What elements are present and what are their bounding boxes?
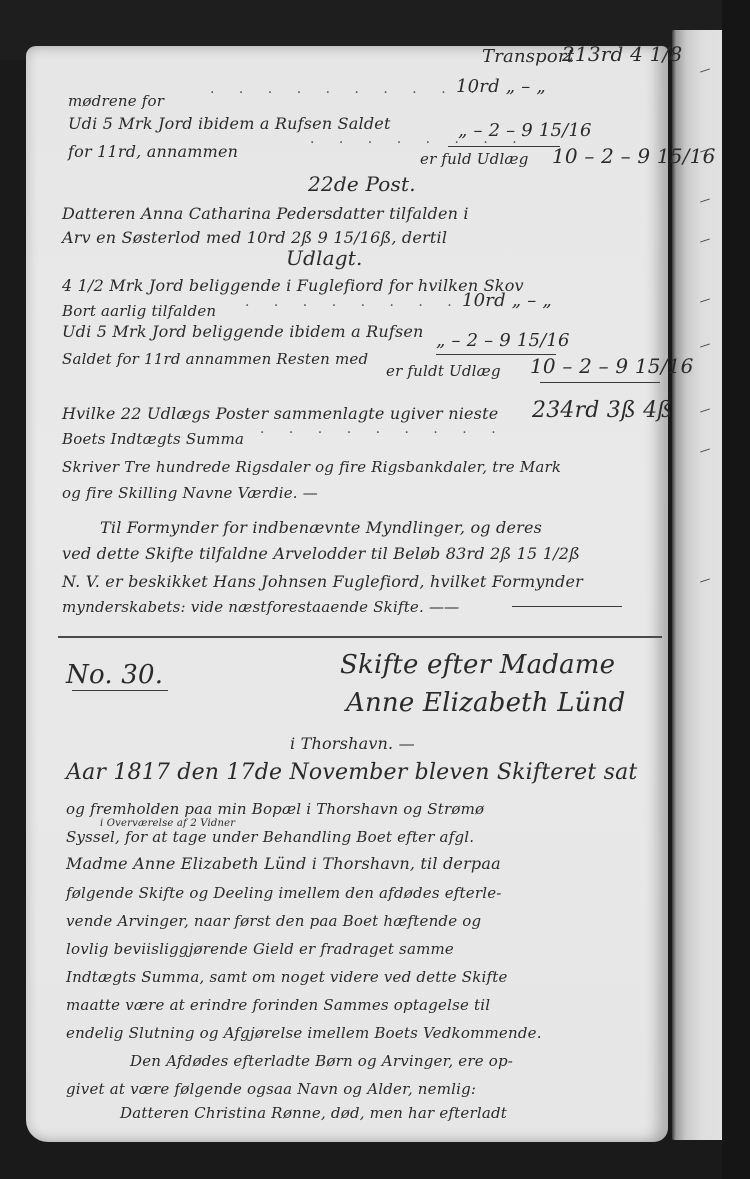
text-line: Syssel, for at tage under Behandling Boe… bbox=[66, 828, 474, 846]
text-line: Datteren Anna Catharina Pedersdatter til… bbox=[62, 204, 469, 223]
text-line: N. V. er beskikket Hans Johnsen Fuglefio… bbox=[62, 572, 583, 591]
text-line: Aar 1817 den 17de November bleven Skifte… bbox=[66, 760, 637, 785]
total-amount: 234rd 3ß 4ß bbox=[532, 398, 672, 423]
text-line: Til Formynder for indbenævnte Myndlinger… bbox=[100, 518, 542, 537]
text-line: Datteren Christina Rønne, død, men har e… bbox=[120, 1104, 507, 1122]
text-line: Den Afdødes efterladte Børn og Arvinger,… bbox=[130, 1052, 513, 1070]
text-line: Saldet for 11rd annammen Resten med bbox=[62, 350, 368, 368]
transport-amount: 213rd 4 1/8 bbox=[562, 42, 682, 66]
text-line: og fire Skilling Navne Værdie. — bbox=[62, 484, 318, 502]
text-line: givet at være følgende ogsaa Navn og Ald… bbox=[66, 1080, 476, 1098]
subtotal-label: er fuld Udlæg bbox=[420, 150, 529, 168]
text-line: mødrene for bbox=[68, 92, 164, 110]
text-line: Indtægts Summa, samt om noget videre ved… bbox=[66, 968, 508, 986]
subheading-udlagt: Udlagt. bbox=[286, 246, 363, 270]
amount: „ – 2 – 9 15/16 bbox=[436, 330, 570, 351]
next-page-edge bbox=[672, 30, 726, 1140]
end-rule bbox=[512, 606, 622, 607]
text-line: Hvilke 22 Udlægs Poster sammenlagte ugiv… bbox=[62, 404, 498, 423]
post-heading: 22de Post. bbox=[308, 172, 416, 196]
section-divider bbox=[58, 636, 662, 638]
subtotal-label: er fuldt Udlæg bbox=[386, 362, 501, 380]
entry-number-underline bbox=[72, 690, 168, 691]
transport-label: Transport bbox=[482, 46, 574, 67]
text-line: 4 1/2 Mrk Jord beliggende i Fuglefiord f… bbox=[62, 276, 524, 295]
scan-border bbox=[722, 0, 750, 1179]
text-line: Udi 5 Mrk Jord ibidem a Rufsen Saldet bbox=[68, 114, 391, 133]
text-line: lovlig beviisliggjørende Gield er fradra… bbox=[66, 940, 454, 958]
text-line: ved dette Skifte tilfaldne Arvelodder ti… bbox=[62, 544, 580, 563]
text-line: Skriver Tre hundrede Rigsdaler og fire R… bbox=[62, 458, 561, 476]
text-line: Bort aarlig tilfalden bbox=[62, 302, 216, 320]
text-line: maatte være at erindre forinden Sammes o… bbox=[66, 996, 490, 1014]
text-line: vende Arvinger, naar først den paa Boet … bbox=[66, 912, 481, 930]
amount: 10rd „ – „ bbox=[456, 76, 546, 97]
subtotal-amount: 10 – 2 – 9 15/16 bbox=[530, 354, 694, 378]
amount: „ – 2 – 9 15/16 bbox=[458, 120, 592, 141]
text-line: endelig Slutning og Afgjørelse imellem B… bbox=[66, 1024, 542, 1042]
entry-title: Anne Elizabeth Lünd bbox=[346, 688, 625, 718]
sum-rule bbox=[540, 382, 660, 383]
text-line: mynderskabets: vide næstforestaaende Ski… bbox=[62, 598, 459, 616]
entry-title-place: i Thorshavn. — bbox=[290, 734, 415, 753]
text-line: følgende Skifte og Deeling imellem den a… bbox=[66, 884, 502, 902]
sum-rule bbox=[448, 146, 560, 147]
text-line: Boets Indtægts Summa bbox=[62, 430, 244, 448]
text-line: og fremholden paa min Bopæl i Thorshavn … bbox=[66, 800, 484, 818]
text-line: for 11rd, annammen bbox=[68, 142, 238, 161]
text-line: Madme Anne Elizabeth Lünd i Thorshavn, t… bbox=[66, 854, 501, 873]
text-line: Arv en Søsterlod med 10rd 2ß 9 15/16ß, d… bbox=[62, 228, 447, 247]
amount: 10rd „ – „ bbox=[462, 290, 552, 311]
text-line: Udi 5 Mrk Jord beliggende ibidem a Rufse… bbox=[62, 322, 424, 341]
subtotal-amount: 10 – 2 – 9 15/16 bbox=[552, 144, 716, 168]
entry-number: No. 30. bbox=[66, 660, 163, 690]
entry-title: Skifte efter Madame bbox=[340, 650, 615, 680]
